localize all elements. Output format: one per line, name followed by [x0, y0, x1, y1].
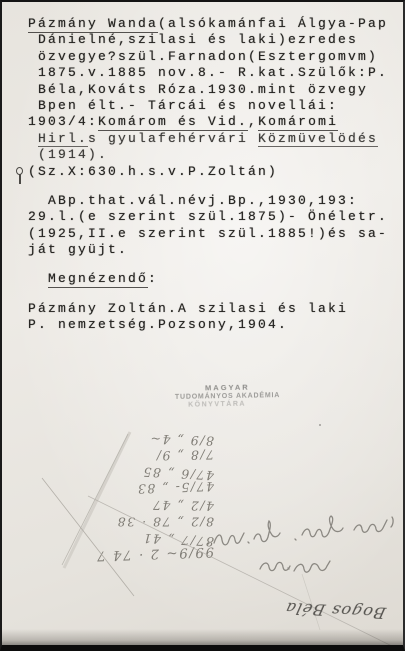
pencil-number-row: 99/9~ 2 · 74 7 [48, 543, 214, 565]
pin-mark-stem [19, 174, 21, 184]
pencil-number-table: 8/9 „ 4~7/8 „ 9/47/6 „ 8547/5- „ 834/2 „… [54, 430, 214, 562]
typed-line: Bpen élt.- Tárcái és novellái: [28, 98, 403, 114]
pencil-number-row: 4/2 „ 47 [64, 495, 214, 514]
signature-note: Bogos Béla [261, 586, 405, 623]
typed-text-segment: Béla,Kováts Róza.1930.mint özvegy [38, 82, 368, 97]
typed-underlined-segment: Közmüvelödés [258, 131, 378, 148]
typed-text-segment: ABp.that.vál.névj.Bp.,1930,193: [48, 193, 358, 208]
stray-pencil-dot [319, 424, 321, 426]
typed-text-segment: (1925,II.e szerint szül.1885!)és sa- [28, 226, 388, 241]
typed-text-segment: Bpen élt.- Tárcái és novellái: [38, 98, 338, 113]
typed-line: P. nemzetség.Pozsony,1904. [28, 317, 403, 333]
typed-line: 29.l.(e szerint szül.1875)- Önéletr. [28, 209, 403, 225]
typed-line: (Sz.X:630.h.s.v.P.Zoltán) [28, 164, 403, 180]
typed-text-segment: özvegye?szül.Farnadon(Esztergomvm) [38, 49, 378, 64]
typed-text-segment: s gyulafehérvári [88, 131, 258, 146]
typed-text-segment: 29.l.(e szerint szül.1875)- Önéletr. [28, 209, 388, 224]
typed-line: Pázmány Zoltán.A szilasi és laki [28, 301, 403, 317]
typed-line: ját gyüjt. [28, 242, 403, 258]
typed-text-segment: (alsókamánfai Álgya-Pap [158, 16, 388, 31]
typed-text-segment: 1875.v.1885 nov.8.- R.kat.Szülők:P. [38, 65, 388, 80]
typed-underlined-segment: Komáromi [258, 114, 338, 131]
typed-line: 1875.v.1885 nov.8.- R.kat.Szülők:P. [28, 65, 403, 81]
cursive-note-2 [260, 561, 330, 572]
typed-text-segment: , [248, 114, 258, 129]
typed-line: (1925,II.e szerint szül.1885!)és sa- [28, 226, 403, 242]
typed-line: 1903/4:Komárom és Vid.,Komáromi [28, 114, 403, 130]
typed-line: Dánielné,szilasi és laki)ezredes [28, 32, 403, 48]
typed-text-segment: (Sz.X:630.h.s.v.P.Zoltán) [28, 164, 278, 179]
library-stamp: MAGYAR TUDOMÁNYOS AKADÉMIA KÖNYVTÁRA [170, 382, 285, 409]
typed-line: Megnézendő: [28, 271, 403, 287]
document-card: Pázmány Wanda(alsókamánfai Álgya-PapDáni… [0, 0, 405, 651]
typed-line: Béla,Kováts Róza.1930.mint özvegy [28, 82, 403, 98]
typed-line: (1914). [28, 147, 403, 163]
typed-text-segment: Pázmány Zoltán.A szilasi és laki [28, 301, 348, 316]
typed-text-segment: (1914). [38, 147, 108, 162]
typed-underlined-segment: Komárom és Vid. [98, 114, 248, 131]
typed-text-segment: Dánielné,szilasi és laki)ezredes [38, 32, 358, 47]
cursive-note-1 [208, 516, 393, 545]
typed-underlined-segment: Megnézendő [48, 271, 148, 288]
typed-underlined-segment: Hirl. [38, 131, 88, 148]
typed-line: Pázmány Wanda(alsókamánfai Álgya-Pap [28, 16, 403, 32]
typed-text-segment: : [148, 271, 158, 286]
typed-line: ABp.that.vál.névj.Bp.,1930,193: [28, 193, 403, 209]
typed-text-segment: 1903/4: [28, 114, 98, 129]
typed-text-segment: ját gyüjt. [28, 242, 128, 257]
typed-line: özvegye?szül.Farnadon(Esztergomvm) [28, 49, 403, 65]
typed-blank-line [28, 180, 403, 193]
margin-pin-mark [15, 167, 23, 185]
typed-underlined-segment: Pázmány Wanda [28, 16, 158, 33]
typed-line: Hirl.s gyulafehérvári Közmüvelödés [28, 131, 403, 147]
typed-text-segment: P. nemzetség.Pozsony,1904. [28, 317, 288, 332]
typed-blank-line [28, 258, 403, 271]
typed-blank-line [28, 288, 403, 301]
bottom-edge-shadow [2, 629, 403, 645]
stamp-line-3: KÖNYVTÁRA [170, 400, 285, 409]
typed-text-block: Pázmány Wanda(alsókamánfai Álgya-PapDáni… [28, 16, 403, 334]
